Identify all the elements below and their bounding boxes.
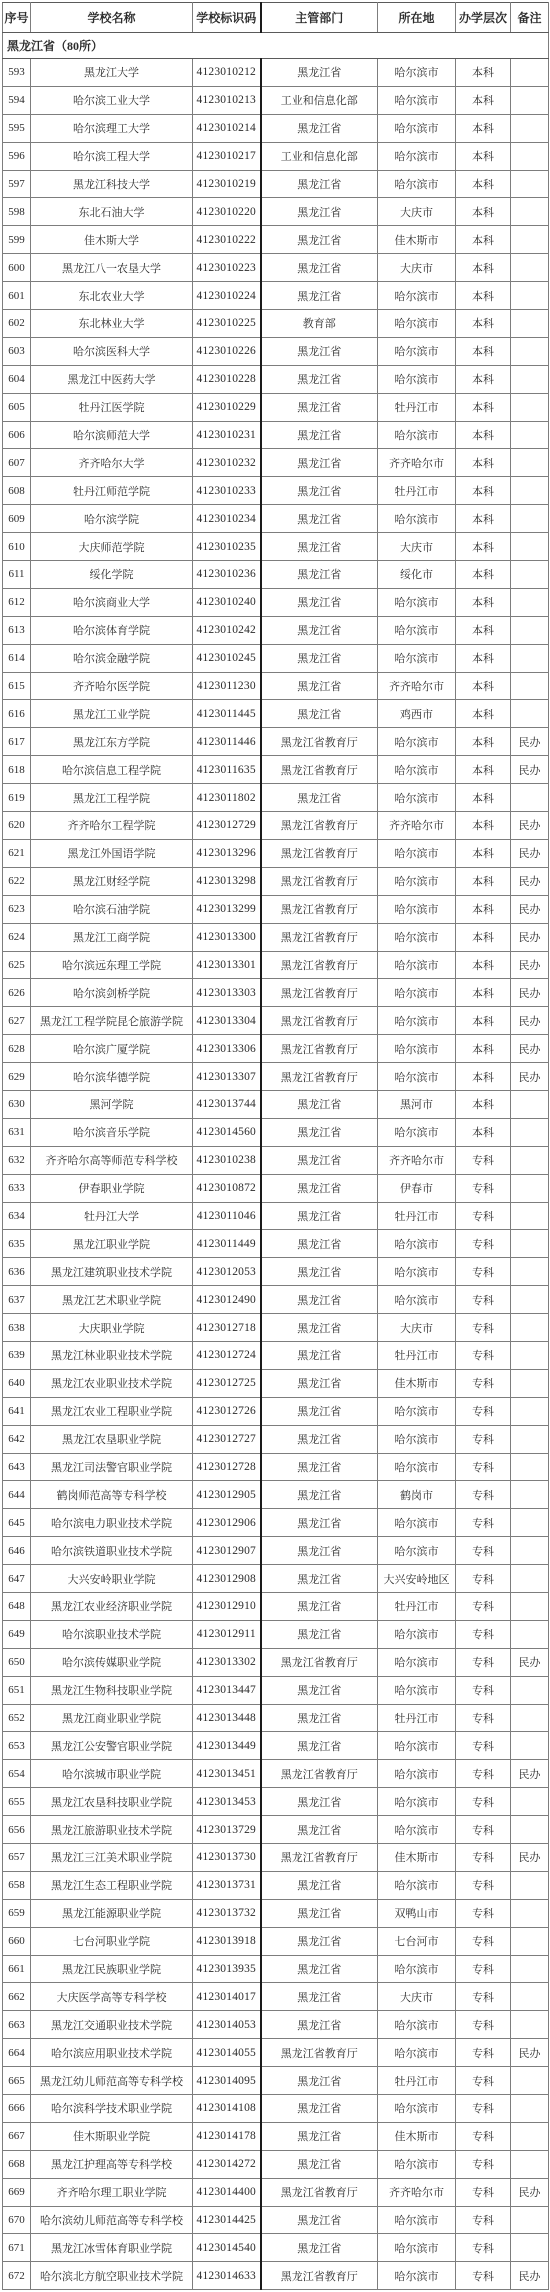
cell-location: 牡丹江市 [378, 2067, 456, 2095]
table-row: 626 哈尔滨剑桥学院 4123013303 黑龙江省教育厅 哈尔滨市 本科 民… [3, 979, 549, 1007]
table-row: 658 黑龙江生态工程职业学院 4123013731 黑龙江省 哈尔滨市 专科 [3, 1871, 549, 1899]
cell-department: 黑龙江省 [261, 2011, 378, 2039]
cell-school-name: 黑龙江护理高等专科学校 [31, 2150, 193, 2178]
cell-index: 614 [3, 644, 31, 672]
cell-department: 黑龙江省 [261, 1537, 378, 1565]
school-table: 序号 学校名称 学校标识码 主管部门 所在地 办学层次 备注 黑龙江省（80所）… [2, 2, 549, 2290]
cell-school-name: 黑龙江中医药大学 [31, 365, 193, 393]
cell-level: 本科 [456, 1035, 511, 1063]
cell-level: 本科 [456, 1090, 511, 1118]
cell-department: 黑龙江省教育厅 [261, 979, 378, 1007]
cell-index: 615 [3, 672, 31, 700]
cell-remark [511, 1676, 549, 1704]
table-row: 653 黑龙江公安警官职业学院 4123013449 黑龙江省 哈尔滨市 专科 [3, 1732, 549, 1760]
cell-school-name: 哈尔滨华德学院 [31, 1063, 193, 1091]
cell-school-code: 4123012910 [193, 1592, 261, 1620]
cell-school-code: 4123010219 [193, 170, 261, 198]
cell-level: 专科 [456, 1732, 511, 1760]
cell-level: 本科 [456, 449, 511, 477]
cell-school-code: 4123010235 [193, 533, 261, 561]
cell-school-name: 黑龙江三江美术职业学院 [31, 1844, 193, 1872]
table-row: 614 哈尔滨金融学院 4123010245 黑龙江省 哈尔滨市 本科 [3, 644, 549, 672]
cell-school-name: 哈尔滨应用职业技术学院 [31, 2039, 193, 2067]
table-row: 603 哈尔滨医科大学 4123010226 黑龙江省 哈尔滨市 本科 [3, 337, 549, 365]
cell-location: 哈尔滨市 [378, 1816, 456, 1844]
cell-school-code: 4123013299 [193, 895, 261, 923]
cell-school-code: 4123010214 [193, 114, 261, 142]
cell-location: 齐齐哈尔市 [378, 672, 456, 700]
cell-remark [511, 1202, 549, 1230]
cell-remark [511, 1286, 549, 1314]
cell-location: 哈尔滨市 [378, 588, 456, 616]
cell-level: 本科 [456, 254, 511, 282]
cell-school-name: 大庆职业学院 [31, 1314, 193, 1342]
cell-location: 佳木斯市 [378, 1369, 456, 1397]
cell-level: 专科 [456, 1844, 511, 1872]
cell-level: 专科 [456, 1648, 511, 1676]
cell-remark: 民办 [511, 728, 549, 756]
cell-school-code: 4123010242 [193, 616, 261, 644]
cell-level: 本科 [456, 505, 511, 533]
cell-location: 牡丹江市 [378, 393, 456, 421]
cell-school-code: 4123013744 [193, 1090, 261, 1118]
cell-school-code: 4123013298 [193, 867, 261, 895]
cell-location: 哈尔滨市 [378, 895, 456, 923]
table-row: 619 黑龙江工程学院 4123011802 黑龙江省 哈尔滨市 本科 [3, 784, 549, 812]
cell-department: 黑龙江省教育厅 [261, 951, 378, 979]
table-row: 638 大庆职业学院 4123012718 黑龙江省 大庆市 专科 [3, 1314, 549, 1342]
cell-school-code: 4123014108 [193, 2095, 261, 2123]
cell-remark [511, 1230, 549, 1258]
cell-index: 607 [3, 449, 31, 477]
cell-level: 专科 [456, 1314, 511, 1342]
cell-school-code: 4123012490 [193, 1286, 261, 1314]
cell-remark [511, 1090, 549, 1118]
cell-level: 本科 [456, 477, 511, 505]
cell-level: 专科 [456, 1369, 511, 1397]
cell-location: 齐齐哈尔市 [378, 1146, 456, 1174]
cell-school-name: 哈尔滨幼儿师范高等专科学校 [31, 2206, 193, 2234]
cell-remark [511, 1592, 549, 1620]
cell-school-code: 4123010232 [193, 449, 261, 477]
table-row: 646 哈尔滨铁道职业技术学院 4123012907 黑龙江省 哈尔滨市 专科 [3, 1537, 549, 1565]
cell-department: 黑龙江省 [261, 1286, 378, 1314]
cell-level: 专科 [456, 1955, 511, 1983]
table-row: 620 齐齐哈尔工程学院 4123012729 黑龙江省教育厅 齐齐哈尔市 本科… [3, 812, 549, 840]
cell-department: 黑龙江省 [261, 1899, 378, 1927]
table-row: 611 绥化学院 4123010236 黑龙江省 绥化市 本科 [3, 561, 549, 589]
cell-level: 本科 [456, 1118, 511, 1146]
table-row: 663 黑龙江交通职业技术学院 4123014053 黑龙江省 哈尔滨市 专科 [3, 2011, 549, 2039]
cell-remark [511, 170, 549, 198]
cell-location: 哈尔滨市 [378, 1063, 456, 1091]
cell-remark: 民办 [511, 1007, 549, 1035]
cell-level: 专科 [456, 1286, 511, 1314]
cell-school-name: 黑龙江生物科技职业学院 [31, 1676, 193, 1704]
cell-department: 黑龙江省 [261, 365, 378, 393]
cell-index: 627 [3, 1007, 31, 1035]
cell-school-name: 哈尔滨理工大学 [31, 114, 193, 142]
cell-department: 黑龙江省 [261, 2067, 378, 2095]
cell-location: 哈尔滨市 [378, 1537, 456, 1565]
cell-level: 专科 [456, 1816, 511, 1844]
table-row: 613 哈尔滨体育学院 4123010242 黑龙江省 哈尔滨市 本科 [3, 616, 549, 644]
cell-school-code: 4123012727 [193, 1425, 261, 1453]
cell-level: 专科 [456, 1760, 511, 1788]
cell-department: 黑龙江省 [261, 1816, 378, 1844]
table-row: 608 牡丹江师范学院 4123010233 黑龙江省 牡丹江市 本科 [3, 477, 549, 505]
cell-school-code: 4123010225 [193, 310, 261, 338]
cell-school-name: 绥化学院 [31, 561, 193, 589]
cell-school-name: 黑龙江财经学院 [31, 867, 193, 895]
table-row: 655 黑龙江农垦科技职业学院 4123013453 黑龙江省 哈尔滨市 专科 [3, 1788, 549, 1816]
table-row: 642 黑龙江农垦职业学院 4123012727 黑龙江省 哈尔滨市 专科 [3, 1425, 549, 1453]
cell-department: 黑龙江省 [261, 1314, 378, 1342]
cell-remark [511, 1453, 549, 1481]
cell-location: 哈尔滨市 [378, 1118, 456, 1146]
cell-school-name: 哈尔滨体育学院 [31, 616, 193, 644]
table-row: 647 大兴安岭职业学院 4123012908 黑龙江省 大兴安岭地区 专科 [3, 1565, 549, 1593]
cell-index: 601 [3, 282, 31, 310]
cell-school-code: 4123010240 [193, 588, 261, 616]
cell-index: 610 [3, 533, 31, 561]
cell-remark: 民办 [511, 1648, 549, 1676]
table-row: 659 黑龙江能源职业学院 4123013732 黑龙江省 双鸭山市 专科 [3, 1899, 549, 1927]
cell-index: 639 [3, 1341, 31, 1369]
table-row: 602 东北林业大学 4123010225 教育部 哈尔滨市 本科 [3, 310, 549, 338]
cell-remark: 民办 [511, 2039, 549, 2067]
cell-location: 牡丹江市 [378, 1202, 456, 1230]
cell-remark: 民办 [511, 1035, 549, 1063]
header-school-code: 学校标识码 [193, 3, 261, 33]
cell-index: 671 [3, 2234, 31, 2262]
cell-level: 本科 [456, 310, 511, 338]
cell-school-code: 4123011449 [193, 1230, 261, 1258]
cell-school-code: 4123012724 [193, 1341, 261, 1369]
cell-location: 哈尔滨市 [378, 923, 456, 951]
cell-index: 668 [3, 2150, 31, 2178]
cell-school-code: 4123012729 [193, 812, 261, 840]
cell-department: 黑龙江省 [261, 1397, 378, 1425]
cell-remark [511, 1118, 549, 1146]
table-row: 629 哈尔滨华德学院 4123013307 黑龙江省教育厅 哈尔滨市 本科 民… [3, 1063, 549, 1091]
cell-department: 黑龙江省教育厅 [261, 1007, 378, 1035]
cell-department: 黑龙江省教育厅 [261, 1760, 378, 1788]
cell-remark [511, 1899, 549, 1927]
cell-level: 本科 [456, 533, 511, 561]
cell-remark [511, 1425, 549, 1453]
cell-department: 黑龙江省 [261, 1592, 378, 1620]
cell-index: 633 [3, 1174, 31, 1202]
cell-location: 哈尔滨市 [378, 784, 456, 812]
table-row: 593 黑龙江大学 4123010212 黑龙江省 哈尔滨市 本科 [3, 59, 549, 87]
cell-index: 593 [3, 59, 31, 87]
table-row: 650 哈尔滨传媒职业学院 4123013302 黑龙江省教育厅 哈尔滨市 专科… [3, 1648, 549, 1676]
cell-location: 哈尔滨市 [378, 86, 456, 114]
cell-school-name: 黑龙江农垦职业学院 [31, 1425, 193, 1453]
cell-school-code: 4123012911 [193, 1620, 261, 1648]
cell-school-name: 黑龙江生态工程职业学院 [31, 1871, 193, 1899]
cell-school-code: 4123014400 [193, 2178, 261, 2206]
cell-index: 643 [3, 1453, 31, 1481]
cell-index: 648 [3, 1592, 31, 1620]
cell-school-name: 黑龙江工业学院 [31, 700, 193, 728]
cell-index: 635 [3, 1230, 31, 1258]
province-section-title: 黑龙江省（80所） [3, 33, 549, 59]
cell-index: 628 [3, 1035, 31, 1063]
cell-remark [511, 2067, 549, 2095]
cell-location: 哈尔滨市 [378, 505, 456, 533]
cell-remark [511, 1704, 549, 1732]
cell-location: 牡丹江市 [378, 1592, 456, 1620]
cell-school-name: 七台河职业学院 [31, 1927, 193, 1955]
table-row: 597 黑龙江科技大学 4123010219 黑龙江省 哈尔滨市 本科 [3, 170, 549, 198]
cell-department: 黑龙江省 [261, 1118, 378, 1146]
cell-remark [511, 254, 549, 282]
cell-index: 661 [3, 1955, 31, 1983]
table-row: 635 黑龙江职业学院 4123011449 黑龙江省 哈尔滨市 专科 [3, 1230, 549, 1258]
cell-location: 哈尔滨市 [378, 1620, 456, 1648]
cell-school-code: 4123011046 [193, 1202, 261, 1230]
cell-location: 哈尔滨市 [378, 616, 456, 644]
cell-school-name: 齐齐哈尔理工职业学院 [31, 2178, 193, 2206]
cell-school-code: 4123010228 [193, 365, 261, 393]
cell-location: 哈尔滨市 [378, 114, 456, 142]
cell-location: 牡丹江市 [378, 1341, 456, 1369]
cell-department: 黑龙江省 [261, 2122, 378, 2150]
cell-location: 哈尔滨市 [378, 1007, 456, 1035]
cell-index: 649 [3, 1620, 31, 1648]
table-row: 670 哈尔滨幼儿师范高等专科学校 4123014425 黑龙江省 哈尔滨市 专… [3, 2206, 549, 2234]
table-row: 612 哈尔滨商业大学 4123010240 黑龙江省 哈尔滨市 本科 [3, 588, 549, 616]
cell-location: 牡丹江市 [378, 1704, 456, 1732]
cell-location: 哈尔滨市 [378, 979, 456, 1007]
cell-index: 602 [3, 310, 31, 338]
cell-location: 大庆市 [378, 1983, 456, 2011]
cell-index: 656 [3, 1816, 31, 1844]
cell-school-code: 4123013449 [193, 1732, 261, 1760]
table-row: 668 黑龙江护理高等专科学校 4123014272 黑龙江省 哈尔滨市 专科 [3, 2150, 549, 2178]
cell-level: 本科 [456, 839, 511, 867]
cell-level: 本科 [456, 588, 511, 616]
cell-school-code: 4123010229 [193, 393, 261, 421]
cell-location: 哈尔滨市 [378, 867, 456, 895]
cell-school-code: 4123010872 [193, 1174, 261, 1202]
cell-index: 669 [3, 2178, 31, 2206]
table-row: 636 黑龙江建筑职业技术学院 4123012053 黑龙江省 哈尔滨市 专科 [3, 1258, 549, 1286]
cell-location: 哈尔滨市 [378, 1397, 456, 1425]
cell-index: 599 [3, 226, 31, 254]
cell-location: 哈尔滨市 [378, 2262, 456, 2290]
cell-index: 658 [3, 1871, 31, 1899]
cell-level: 本科 [456, 700, 511, 728]
cell-level: 本科 [456, 561, 511, 589]
cell-level: 专科 [456, 1565, 511, 1593]
table-row: 601 东北农业大学 4123010224 黑龙江省 哈尔滨市 本科 [3, 282, 549, 310]
cell-remark [511, 644, 549, 672]
cell-department: 黑龙江省 [261, 1341, 378, 1369]
cell-school-code: 4123013302 [193, 1648, 261, 1676]
cell-school-name: 黑龙江工程学院 [31, 784, 193, 812]
cell-level: 专科 [456, 1174, 511, 1202]
table-row: 660 七台河职业学院 4123013918 黑龙江省 七台河市 专科 [3, 1927, 549, 1955]
cell-school-code: 4123012905 [193, 1481, 261, 1509]
cell-school-name: 黑龙江农垦科技职业学院 [31, 1788, 193, 1816]
cell-school-code: 4123010212 [193, 59, 261, 87]
cell-school-name: 黑龙江司法警官职业学院 [31, 1453, 193, 1481]
cell-school-code: 4123014017 [193, 1983, 261, 2011]
cell-remark: 民办 [511, 812, 549, 840]
cell-location: 哈尔滨市 [378, 59, 456, 87]
cell-department: 黑龙江省 [261, 449, 378, 477]
cell-school-code: 4123013731 [193, 1871, 261, 1899]
cell-index: 638 [3, 1314, 31, 1342]
table-row: 667 佳木斯职业学院 4123014178 黑龙江省 佳木斯市 专科 [3, 2122, 549, 2150]
cell-school-code: 4123011230 [193, 672, 261, 700]
province-section-row: 黑龙江省（80所） [3, 33, 549, 59]
table-row: 664 哈尔滨应用职业技术学院 4123014055 黑龙江省教育厅 哈尔滨市 … [3, 2039, 549, 2067]
cell-remark [511, 1983, 549, 2011]
cell-level: 专科 [456, 2039, 511, 2067]
table-row: 634 牡丹江大学 4123011046 黑龙江省 牡丹江市 专科 [3, 1202, 549, 1230]
table-row: 595 哈尔滨理工大学 4123010214 黑龙江省 哈尔滨市 本科 [3, 114, 549, 142]
table-row: 605 牡丹江医学院 4123010229 黑龙江省 牡丹江市 本科 [3, 393, 549, 421]
cell-index: 637 [3, 1286, 31, 1314]
cell-index: 596 [3, 142, 31, 170]
cell-department: 黑龙江省 [261, 1983, 378, 2011]
cell-department: 黑龙江省 [261, 337, 378, 365]
cell-department: 黑龙江省 [261, 1202, 378, 1230]
cell-remark: 民办 [511, 839, 549, 867]
cell-level: 专科 [456, 1258, 511, 1286]
cell-department: 黑龙江省 [261, 2095, 378, 2123]
cell-index: 606 [3, 421, 31, 449]
cell-remark [511, 1397, 549, 1425]
table-row: 643 黑龙江司法警官职业学院 4123012728 黑龙江省 哈尔滨市 专科 [3, 1453, 549, 1481]
cell-index: 625 [3, 951, 31, 979]
cell-level: 专科 [456, 2095, 511, 2123]
cell-remark [511, 1927, 549, 1955]
table-row: 599 佳木斯大学 4123010222 黑龙江省 佳木斯市 本科 [3, 226, 549, 254]
cell-level: 专科 [456, 1481, 511, 1509]
cell-location: 哈尔滨市 [378, 1230, 456, 1258]
cell-location: 哈尔滨市 [378, 1760, 456, 1788]
cell-school-name: 黑龙江八一农垦大学 [31, 254, 193, 282]
cell-school-code: 4123010226 [193, 337, 261, 365]
cell-location: 伊春市 [378, 1174, 456, 1202]
cell-school-name: 哈尔滨石油学院 [31, 895, 193, 923]
cell-level: 专科 [456, 1676, 511, 1704]
cell-school-code: 4123014272 [193, 2150, 261, 2178]
cell-school-code: 4123012906 [193, 1509, 261, 1537]
table-row: 633 伊春职业学院 4123010872 黑龙江省 伊春市 专科 [3, 1174, 549, 1202]
table-row: 661 黑龙江民族职业学院 4123013935 黑龙江省 哈尔滨市 专科 [3, 1955, 549, 1983]
cell-level: 本科 [456, 672, 511, 700]
cell-school-code: 4123012908 [193, 1565, 261, 1593]
table-row: 654 哈尔滨城市职业学院 4123013451 黑龙江省教育厅 哈尔滨市 专科… [3, 1760, 549, 1788]
cell-school-code: 4123012728 [193, 1453, 261, 1481]
cell-school-code: 4123010217 [193, 142, 261, 170]
cell-school-name: 哈尔滨传媒职业学院 [31, 1648, 193, 1676]
cell-department: 黑龙江省 [261, 1565, 378, 1593]
table-row: 609 哈尔滨学院 4123010234 黑龙江省 哈尔滨市 本科 [3, 505, 549, 533]
cell-location: 哈尔滨市 [378, 644, 456, 672]
cell-level: 本科 [456, 114, 511, 142]
cell-school-name: 佳木斯大学 [31, 226, 193, 254]
cell-index: 624 [3, 923, 31, 951]
cell-index: 613 [3, 616, 31, 644]
cell-school-name: 哈尔滨师范大学 [31, 421, 193, 449]
cell-school-code: 4123014055 [193, 2039, 261, 2067]
cell-department: 黑龙江省教育厅 [261, 812, 378, 840]
cell-school-name: 黑龙江艺术职业学院 [31, 1286, 193, 1314]
cell-department: 黑龙江省 [261, 1258, 378, 1286]
cell-remark [511, 2206, 549, 2234]
cell-index: 665 [3, 2067, 31, 2095]
cell-remark [511, 226, 549, 254]
cell-index: 667 [3, 2122, 31, 2150]
cell-school-name: 黑龙江能源职业学院 [31, 1899, 193, 1927]
cell-school-code: 4123010236 [193, 561, 261, 589]
cell-school-code: 4123013453 [193, 1788, 261, 1816]
cell-remark [511, 421, 549, 449]
cell-level: 本科 [456, 895, 511, 923]
cell-index: 597 [3, 170, 31, 198]
cell-level: 本科 [456, 170, 511, 198]
cell-location: 哈尔滨市 [378, 1648, 456, 1676]
cell-remark [511, 198, 549, 226]
cell-school-name: 东北林业大学 [31, 310, 193, 338]
cell-location: 哈尔滨市 [378, 365, 456, 393]
cell-level: 本科 [456, 784, 511, 812]
cell-department: 黑龙江省 [261, 644, 378, 672]
cell-remark [511, 1314, 549, 1342]
cell-location: 哈尔滨市 [378, 1453, 456, 1481]
cell-index: 654 [3, 1760, 31, 1788]
cell-school-name: 黑龙江民族职业学院 [31, 1955, 193, 1983]
cell-school-name: 哈尔滨金融学院 [31, 644, 193, 672]
cell-index: 600 [3, 254, 31, 282]
cell-department: 黑龙江省 [261, 1788, 378, 1816]
table-row: 607 齐齐哈尔大学 4123010232 黑龙江省 齐齐哈尔市 本科 [3, 449, 549, 477]
cell-location: 哈尔滨市 [378, 1509, 456, 1537]
cell-level: 本科 [456, 337, 511, 365]
cell-location: 佳木斯市 [378, 226, 456, 254]
cell-department: 黑龙江省教育厅 [261, 1844, 378, 1872]
cell-location: 黑河市 [378, 1090, 456, 1118]
cell-level: 专科 [456, 1453, 511, 1481]
cell-remark [511, 142, 549, 170]
cell-level: 本科 [456, 86, 511, 114]
cell-level: 本科 [456, 951, 511, 979]
cell-location: 牡丹江市 [378, 477, 456, 505]
cell-remark: 民办 [511, 951, 549, 979]
cell-level: 专科 [456, 1230, 511, 1258]
cell-index: 644 [3, 1481, 31, 1509]
cell-department: 黑龙江省 [261, 1230, 378, 1258]
cell-department: 黑龙江省 [261, 1174, 378, 1202]
cell-remark [511, 86, 549, 114]
cell-department: 黑龙江省 [261, 588, 378, 616]
table-row: 615 齐齐哈尔医学院 4123011230 黑龙江省 齐齐哈尔市 本科 [3, 672, 549, 700]
header-location: 所在地 [378, 3, 456, 33]
cell-department: 黑龙江省 [261, 1146, 378, 1174]
cell-school-code: 4123010223 [193, 254, 261, 282]
cell-department: 黑龙江省 [261, 1927, 378, 1955]
cell-location: 哈尔滨市 [378, 1788, 456, 1816]
cell-school-code: 4123013448 [193, 1704, 261, 1732]
cell-remark [511, 2150, 549, 2178]
